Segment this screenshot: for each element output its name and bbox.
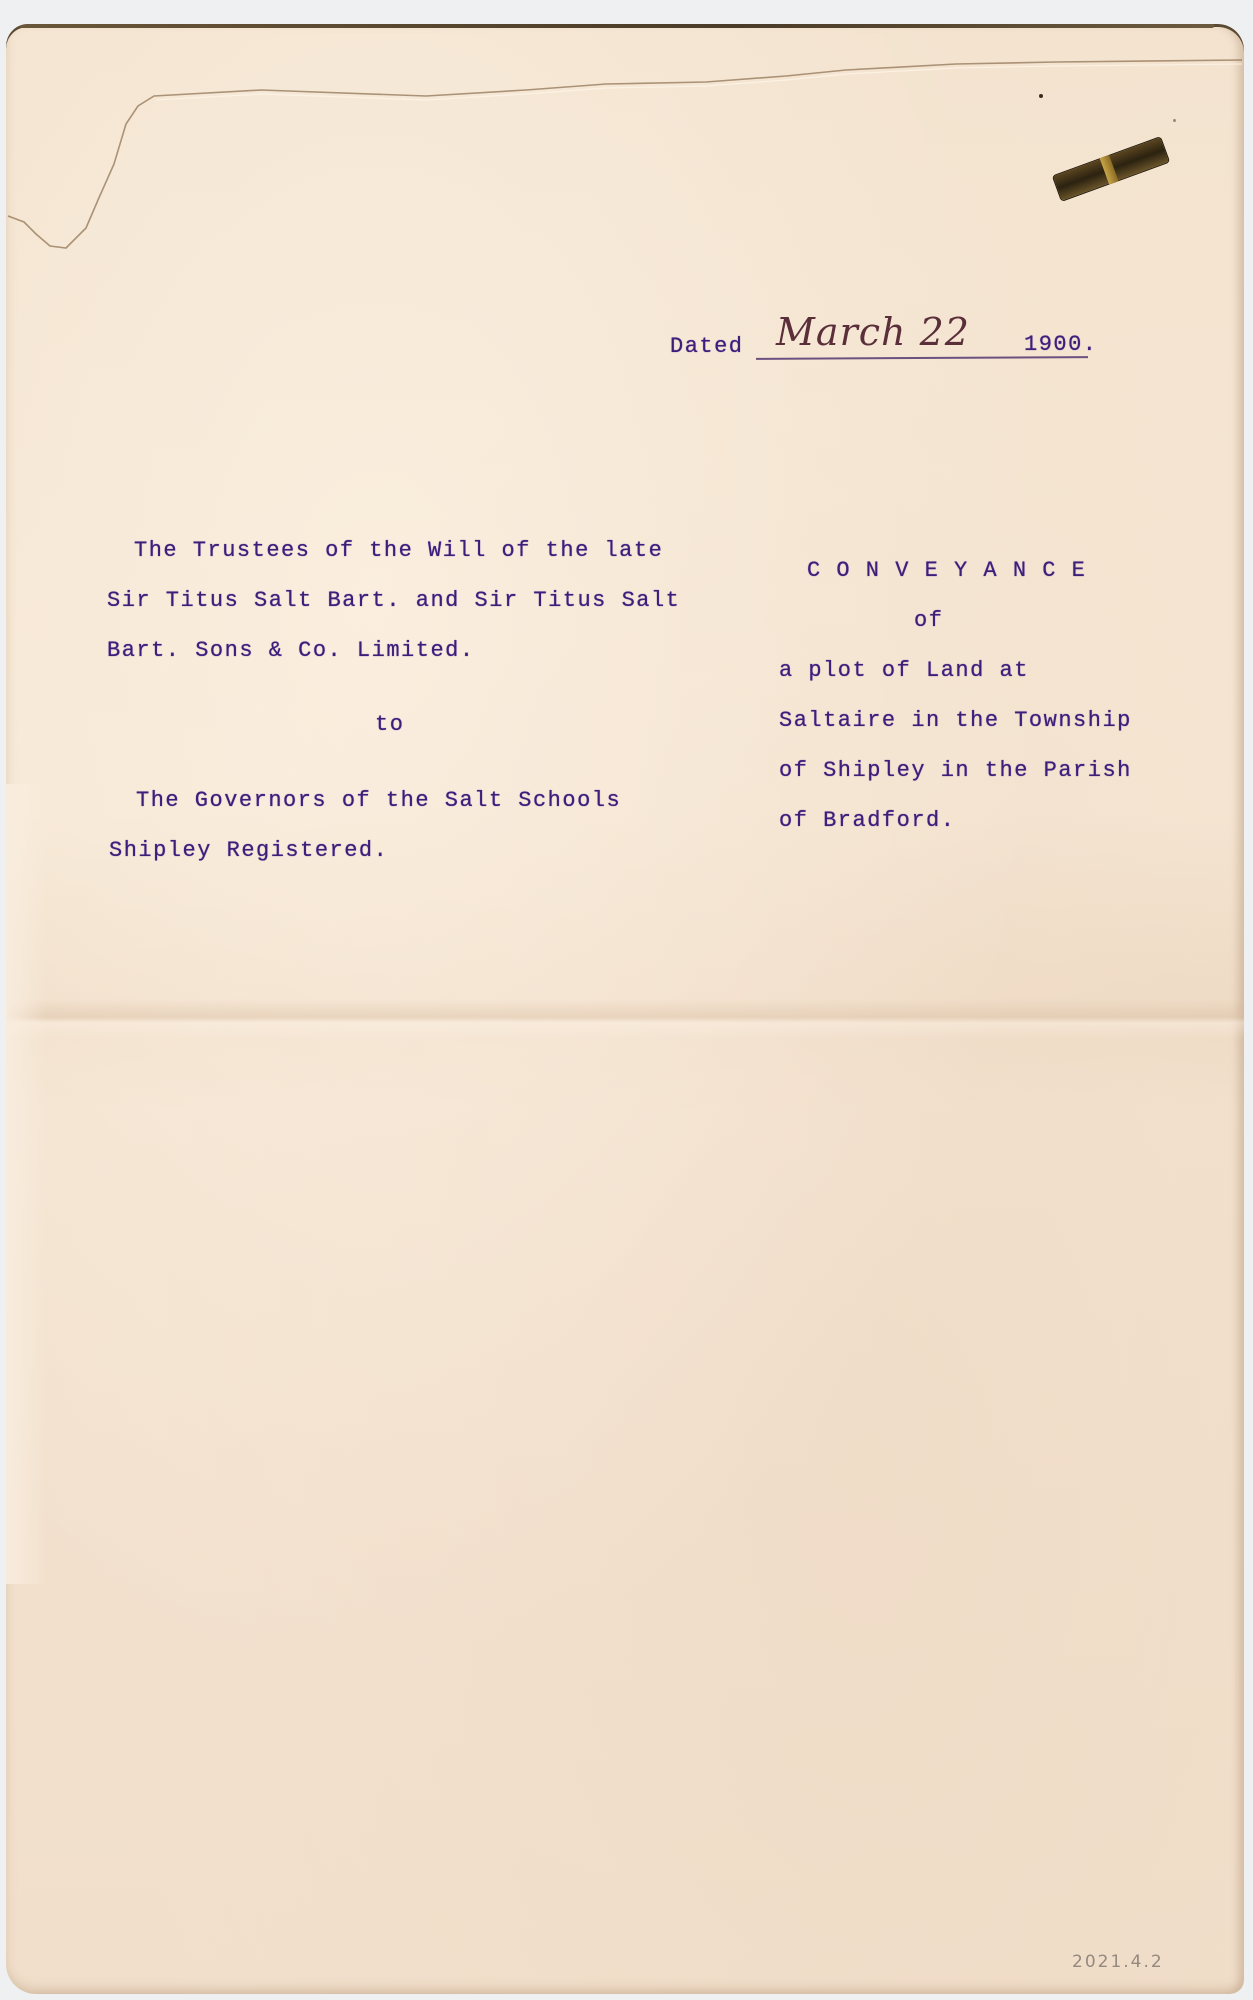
date-underline bbox=[756, 356, 1088, 360]
page-top-edge bbox=[20, 24, 1214, 28]
left-edge-wear bbox=[6, 784, 46, 1584]
description-line: Saltaire in the Township bbox=[779, 708, 1132, 733]
grantor-line: Bart. Sons & Co. Limited. bbox=[107, 638, 475, 663]
paper-tear-mark bbox=[6, 24, 1244, 284]
ink-speck bbox=[1039, 94, 1043, 98]
description-line: of Bradford. bbox=[779, 808, 955, 833]
conveyance-heading: C O N V E Y A N C E bbox=[807, 558, 1086, 583]
ink-speck bbox=[1173, 119, 1176, 122]
date-year: 1900. bbox=[1024, 332, 1098, 357]
grantor-line: The Trustees of the Will of the late bbox=[134, 538, 663, 563]
document-page: Dated March 22 1900. The Trustees of the… bbox=[6, 24, 1244, 1994]
date-label: Dated bbox=[670, 334, 744, 359]
brass-paper-fastener bbox=[1053, 137, 1169, 200]
grantee-line: The Governors of the Salt Schools bbox=[136, 788, 621, 813]
parties-connector: to bbox=[375, 712, 404, 737]
grantor-line: Sir Titus Salt Bart. and Sir Titus Salt bbox=[107, 588, 680, 613]
description-line: a plot of Land at bbox=[779, 658, 1029, 683]
archive-accession-number: 2021.4.2 bbox=[1072, 1952, 1164, 1972]
description-line: of Shipley in the Parish bbox=[779, 758, 1132, 783]
handwritten-date: March 22 bbox=[776, 310, 970, 354]
title-of: of bbox=[914, 608, 943, 633]
grantee-line: Shipley Registered. bbox=[109, 838, 388, 863]
page-fold bbox=[6, 999, 1244, 1039]
